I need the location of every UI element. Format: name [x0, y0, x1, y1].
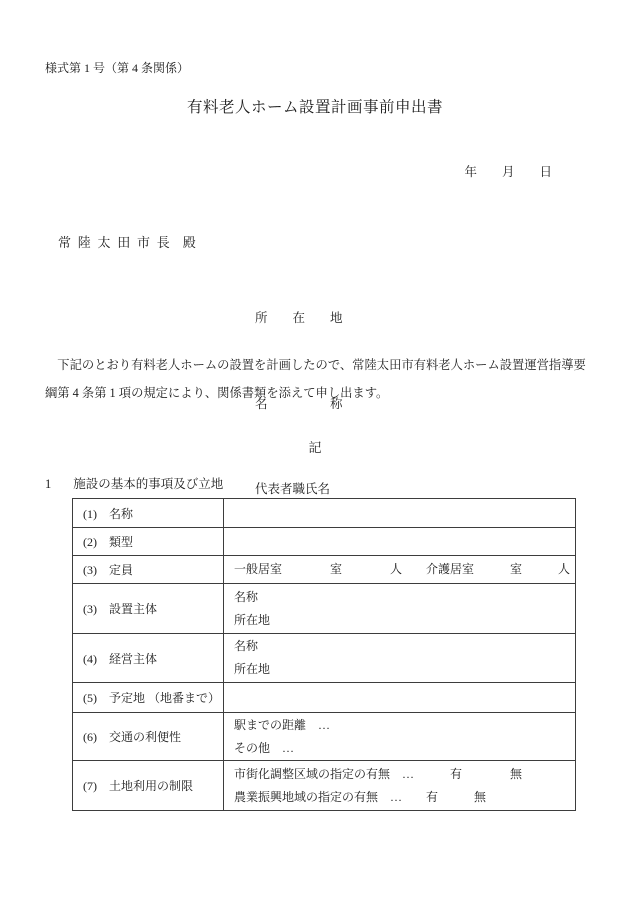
body-line-2: 綱第 4 条第 1 項の規定により、関係書類を添えて申し出ます。 — [45, 379, 590, 407]
row-label-operator: (4) 経営主体 — [73, 634, 224, 683]
facility-info-table: (1) 名称 (2) 類型 (3) 定員 一般居室 室 人 介護居室 室 人 (… — [72, 498, 576, 811]
row-label-installer: (3) 設置主体 — [73, 584, 224, 634]
row-value-transport: 駅までの距離 … その他 … — [224, 713, 576, 761]
row-label-land-restriction: (7) 土地利用の制限 — [73, 761, 224, 811]
document-page: 様式第 1 号（第 4 条関係） 有料老人ホーム設置計画事前申出書 年 月 日 … — [0, 0, 630, 903]
form-number-label: 様式第 1 号（第 4 条関係） — [45, 59, 189, 76]
section-title: 施設の基本的事項及び立地 — [73, 477, 223, 491]
section-heading: 1施設の基本的事項及び立地 — [45, 474, 223, 492]
applicant-location-label: 所 在 地 — [255, 304, 343, 333]
addressee-honorific: 殿 — [183, 235, 196, 250]
table-row: (3) 設置主体 名称 所在地 — [73, 584, 576, 634]
row-label-name: (1) 名称 — [73, 499, 224, 528]
row-value-operator: 名称 所在地 — [224, 634, 576, 683]
table-row: (4) 経営主体 名称 所在地 — [73, 634, 576, 683]
table-row: (1) 名称 — [73, 499, 576, 528]
row-label-type: (2) 類型 — [73, 528, 224, 556]
table-row: (2) 類型 — [73, 528, 576, 556]
body-paragraph: 下記のとおり有料老人ホームの設置を計画したので、常陸太田市有料老人ホーム設置運営… — [45, 351, 590, 407]
row-label-transport: (6) 交通の利便性 — [73, 713, 224, 761]
record-mark: 記 — [0, 437, 630, 456]
addressee-line: 常 陸 太 田 市 長殿 — [45, 216, 196, 267]
row-value-installer: 名称 所在地 — [224, 584, 576, 634]
body-line-1: 下記のとおり有料老人ホームの設置を計画したので、常陸太田市有料老人ホーム設置運営… — [45, 351, 590, 379]
row-value-capacity: 一般居室 室 人 介護居室 室 人 — [224, 556, 576, 584]
row-label-capacity: (3) 定員 — [73, 556, 224, 584]
table-row: (7) 土地利用の制限 市街化調整区域の指定の有無 … 有 無 農業振興地域の指… — [73, 761, 576, 811]
table-row: (6) 交通の利便性 駅までの距離 … その他 … — [73, 713, 576, 761]
date-line: 年 月 日 — [464, 162, 552, 180]
addressee-name: 常 陸 太 田 市 長 — [58, 235, 170, 250]
document-title: 有料老人ホーム設置計画事前申出書 — [0, 95, 630, 117]
row-label-site: (5) 予定地 （地番まで） — [73, 683, 224, 713]
row-value-name — [224, 499, 576, 528]
table-row: (5) 予定地 （地番まで） — [73, 683, 576, 713]
row-value-land-restriction: 市街化調整区域の指定の有無 … 有 無 農業振興地域の指定の有無 … 有 無 — [224, 761, 576, 811]
section-number: 1 — [45, 477, 51, 491]
row-value-type — [224, 528, 576, 556]
row-value-site — [224, 683, 576, 713]
table-row: (3) 定員 一般居室 室 人 介護居室 室 人 — [73, 556, 576, 584]
